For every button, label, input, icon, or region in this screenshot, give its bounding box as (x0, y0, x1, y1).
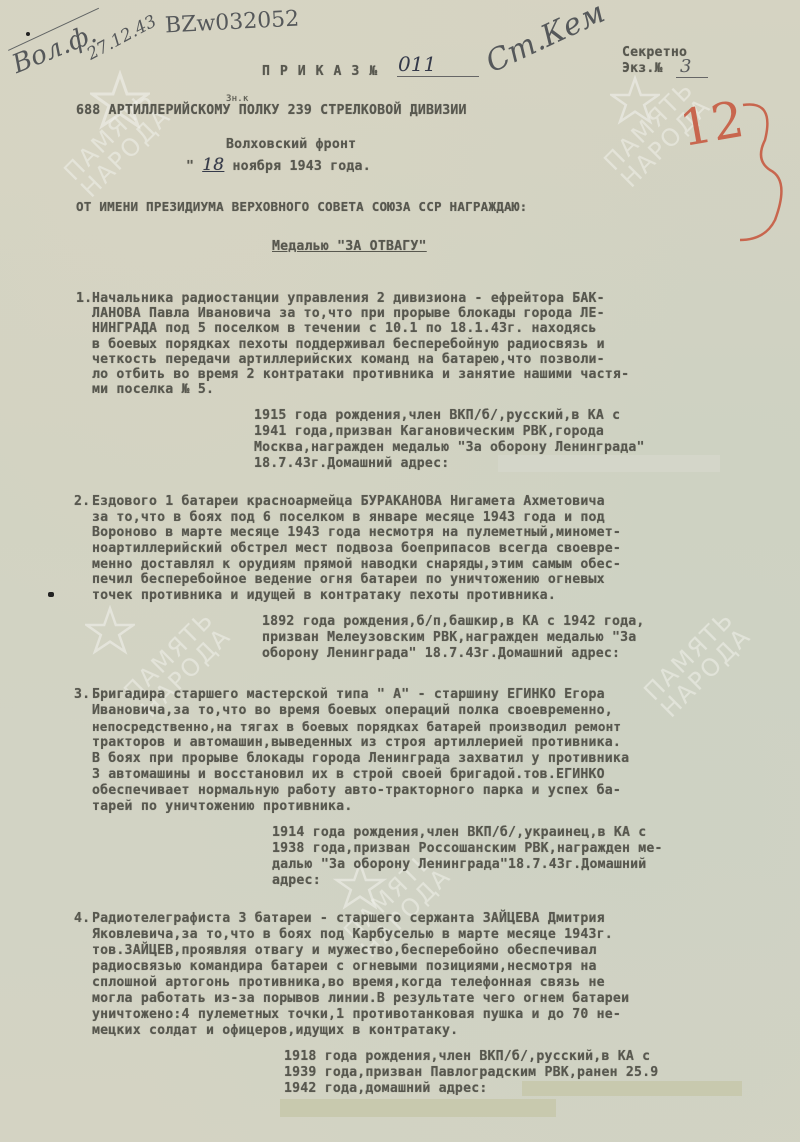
order-number-underline (397, 76, 479, 77)
order-date: " 18 ноября 1943 года. (186, 158, 371, 174)
medal-title: Медалью "ЗА ОТВАГУ" (272, 239, 427, 254)
award-text-line: мецких солдат и офицеров,идущих в контра… (92, 1023, 458, 1038)
redacted-address (498, 455, 720, 472)
award-text-line: уничтожено:4 пулеметных точки,1 противот… (92, 1007, 621, 1022)
order-title: П Р И К А З № (262, 64, 378, 79)
preamble: ОТ ИМЕНИ ПРЕЗИДИУМА ВЕРХОВНОГО СОВЕТА СО… (76, 199, 527, 214)
award-text-line: в боевых порядках пехоты поддерживал бес… (92, 337, 605, 352)
award-text-line: тов.ЗАЙЦЕВ,проявляя отвагу и мужество,бе… (92, 943, 597, 958)
award-text-line: Радиотелеграфиста 3 батареи - старшего с… (92, 911, 605, 926)
awardee-number: 1. (76, 291, 92, 306)
award-text-line: Начальника радиостанции управления 2 див… (92, 291, 605, 306)
star-watermark-icon (85, 605, 135, 655)
award-text-line: Яковлевича,за то,что в боях под Карбусел… (92, 927, 613, 942)
bio-line: 1939 года,призван Павлоградским РВК,ране… (284, 1065, 658, 1080)
award-text-line: Вороново в марте месяце 1943 года несмот… (92, 525, 621, 540)
copy-label: Экз.№ (622, 61, 663, 76)
award-text-line: ми поселка № 5. (92, 382, 214, 397)
award-text-line: четкость передачи артиллерийских команд … (92, 352, 605, 367)
award-text-line: 3 автомашины и восстановил их в строй св… (92, 767, 605, 782)
front-name: Волховский фронт (226, 137, 356, 152)
award-text-line: Бригадира старшего мастерской типа " А" … (92, 687, 605, 702)
award-text-line: могла работать из-за порывов линии.В рез… (92, 991, 629, 1006)
bio-line: оборону Ленинграда" 18.7.43г.Домашний ад… (262, 646, 620, 661)
awardee-number: 3. (74, 687, 90, 702)
award-text-line: печил бесперебойное ведение огня батареи… (92, 572, 605, 587)
classification-label: Секретно (622, 45, 687, 60)
copy-number-underline (676, 77, 708, 78)
bio-line: 1918 года рождения,член ВКП/б/,русский,в… (284, 1049, 650, 1064)
award-text-line: сплошной артогонь противника,во время,ко… (92, 975, 605, 990)
paper-hole (48, 592, 54, 597)
bio-line: 1915 года рождения,член ВКП/б/,русский,в… (254, 408, 620, 423)
award-text-line: тарей по уничтожению противника. (92, 799, 352, 814)
award-text-line: ЛАНОВА Павла Ивановича за то,что при про… (92, 306, 605, 321)
order-day: 18 (202, 155, 224, 175)
award-text-line: обеспечивает нормальную работу авто-трак… (92, 783, 621, 798)
star-watermark-icon (90, 70, 150, 130)
bio-line: 1938 года,призван Россошанским РВК,награ… (272, 841, 663, 856)
award-text-line: Ивановича,за то,что во время боевых опер… (92, 703, 613, 718)
bio-line: 1941 года,призван Кагановическим РВК,гор… (254, 424, 604, 439)
paper-hole (26, 32, 30, 36)
watermark: ПАМЯТЬ НАРОДА (640, 606, 755, 721)
awardee-number: 2. (74, 494, 90, 509)
award-text-line: точек противника и идущей в контратаку п… (92, 588, 556, 603)
award-text-line: тракторов и автомашин,выведенных из стро… (92, 735, 621, 750)
award-text-line: ло отбить во время 2 контратаки противни… (92, 367, 629, 382)
document-page: ПАМЯТЬ НАРОДА ПАМЯТЬ НАРОДА ПАМЯТЬ НАРОД… (0, 0, 800, 1142)
awardee-number: 4. (74, 911, 90, 926)
bio-line: 1942 года,домашний адрес: (284, 1081, 488, 1096)
bio-line: 1914 года рождения,член ВКП/б/,украинец,… (272, 825, 646, 840)
signature-mark: Ст.Кем (481, 0, 611, 80)
bio-line: призван Мелеузовским РВК,награжден медал… (262, 630, 636, 645)
unit-name: 688 АРТИЛЛЕРИЙСКОМУ ПОЛКУ 239 СТРЕЛКОВОЙ… (76, 103, 467, 118)
red-bracket-mark (735, 100, 795, 245)
bio-line: далью "За оборону Ленинграда"18.7.43г.До… (272, 857, 646, 872)
award-text-line: за то,что в боях под 6 поселком в январе… (92, 510, 605, 525)
bio-line: Москва,награжден медалью "За оборону Лен… (254, 440, 645, 455)
bio-line: 1892 года рождения,б/п,башкир,в КА с 194… (262, 614, 645, 629)
order-number: 011 (398, 52, 436, 76)
star-watermark-icon (610, 75, 660, 125)
award-text-line: радиосвязью командира батареи с огневыми… (92, 959, 597, 974)
award-text-line: ноартиллерийский обстрел мест подвоза бо… (92, 541, 621, 556)
award-text-line: менно доставлял к орудиям прямой наводки… (92, 557, 621, 572)
copy-number: 3 (680, 56, 691, 77)
bio-line: адрес: (272, 873, 321, 888)
redacted-address (280, 1099, 556, 1117)
award-text-line: НИНГРАДА под 5 поселком в течении с 10.1… (92, 321, 597, 336)
bio-line: 18.7.43г.Домашний адрес: (254, 456, 449, 471)
archive-code: ВZw032052 (164, 7, 299, 39)
award-text-line: Ездового 1 батареи красноармейца БУРАКАН… (92, 494, 605, 509)
redacted-address (522, 1081, 742, 1096)
award-text-line: В боях при прорыве блокады города Ленинг… (92, 751, 629, 766)
award-text-line: непосредственно,на тягах в боевых порядк… (92, 719, 621, 734)
